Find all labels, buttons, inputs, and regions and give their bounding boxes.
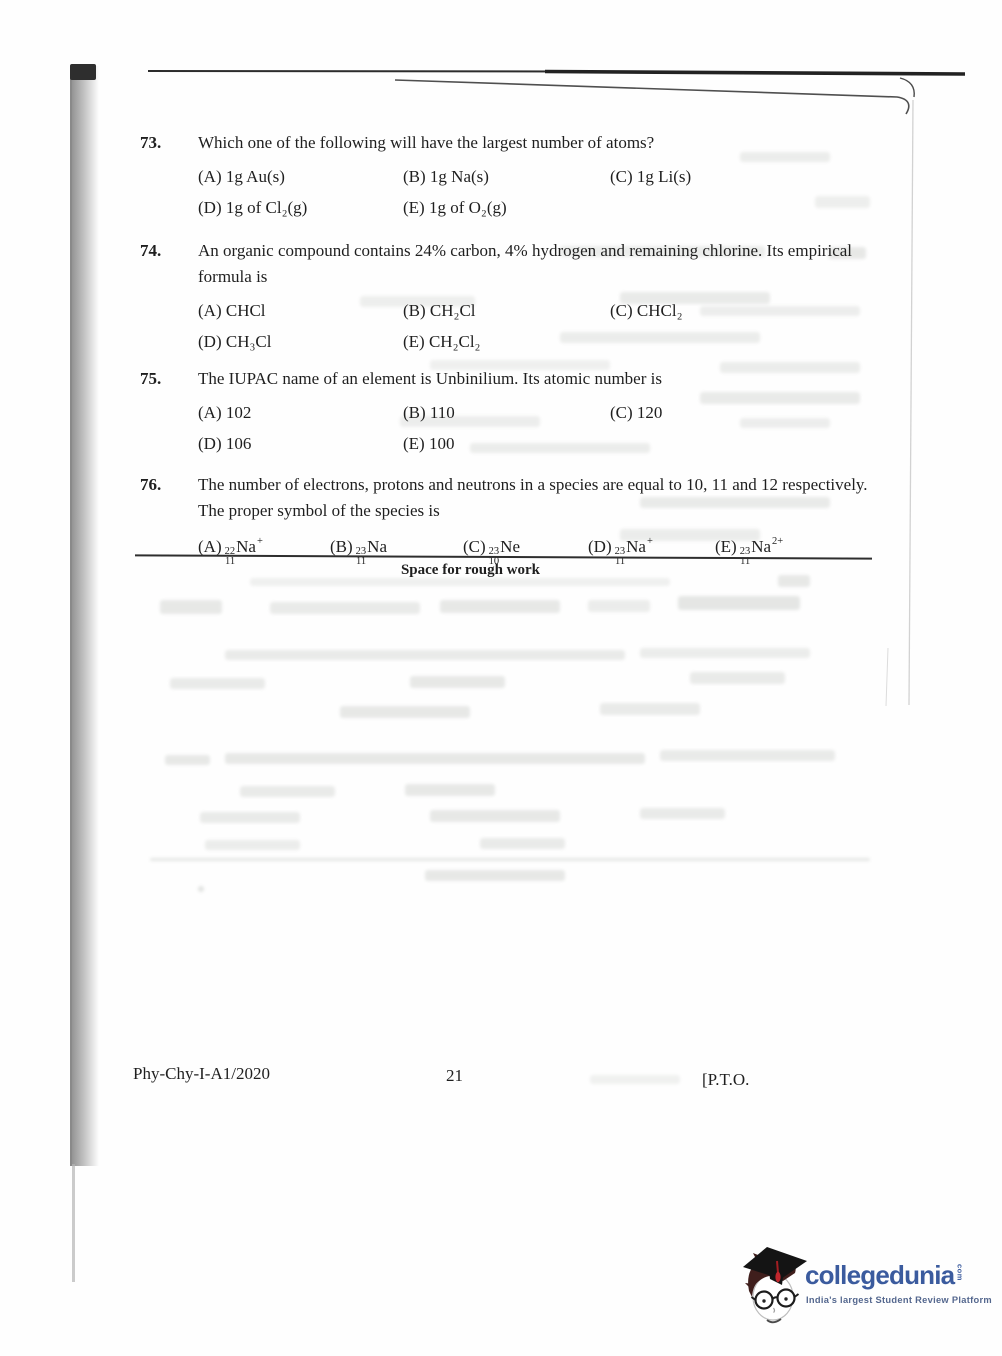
question-option: (A) 1g Au(s): [198, 163, 403, 190]
brand-tagline: India's largest Student Review Platform: [806, 1295, 992, 1305]
page-number: 21: [446, 1066, 463, 1086]
question-option: (D) 106: [198, 430, 403, 457]
ghost-text-smudge: [588, 600, 650, 612]
ghost-text-smudge: [410, 676, 505, 688]
ghost-text-smudge: [480, 838, 565, 849]
ghost-text-smudge: [200, 812, 300, 823]
collegedunia-watermark: collegedunia com India's largest Student…: [735, 1243, 1002, 1343]
pto-label: [P.T.O.: [702, 1070, 749, 1090]
options-grid: (A) CHCl (B) CH₂Cl (C) CHCl₂ (D) CH₃Cl (…: [198, 297, 887, 355]
mascot-icon: [737, 1245, 809, 1333]
question-option: (D)2311Na+: [588, 533, 715, 564]
rough-work-label: Space for rough work: [135, 562, 872, 579]
options-grid: (A) 102 (B) 110 (C) 120 (D) 106 (E) 100: [198, 399, 887, 457]
paper-code: Phy-Chy-I-A1/2020: [133, 1064, 270, 1084]
question-option: (E) 100: [403, 430, 610, 457]
question-option: (A)2211Na+: [198, 533, 330, 564]
question-text: The IUPAC name of an element is Unbinili…: [198, 366, 887, 392]
question-option: (C)2310Ne: [463, 533, 588, 564]
ghost-text-smudge: [165, 755, 210, 765]
ghost-text-smudge: [405, 784, 495, 796]
scanned-exam-page: 73. Which one of the following will have…: [0, 0, 1002, 1356]
ghost-text-smudge: [660, 750, 835, 761]
ghost-text-smudge: [240, 786, 335, 797]
ghost-text-smudge: [690, 672, 785, 684]
scan-shadow-left: [70, 66, 99, 1166]
question-option: (B) 110: [403, 399, 610, 426]
question-option: (C) 120: [610, 399, 887, 426]
options-grid: (A) 1g Au(s) (B) 1g Na(s) (C) 1g Li(s) (…: [198, 163, 887, 221]
question-option: (B) CH₂Cl: [403, 297, 610, 324]
question-75: 75. The IUPAC name of an element is Unbi…: [135, 366, 887, 457]
ghost-text-smudge: [340, 706, 470, 718]
question-text: An organic compound contains 24% carbon,…: [198, 238, 887, 290]
ghost-text-smudge: [170, 678, 265, 689]
brand-tld: com: [955, 1264, 964, 1281]
ghost-text-smudge: [440, 600, 560, 613]
question-number: 75.: [135, 366, 198, 457]
question-text: The number of electrons, protons and neu…: [198, 472, 887, 524]
question-74: 74. An organic compound contains 24% car…: [135, 238, 887, 355]
ghost-text-smudge: [678, 596, 800, 610]
question-option: (A) CHCl: [198, 297, 403, 324]
question-option: (B) 1g Na(s): [403, 163, 610, 190]
question-option: (A) 102: [198, 399, 403, 426]
ghost-text-smudge: [160, 600, 222, 614]
scan-shadow-left-tail: [72, 1164, 75, 1282]
ghost-text-smudge: [640, 648, 810, 658]
question-option: (E) 1g of O₂(g): [403, 194, 610, 221]
scan-shadow-left-top: [70, 64, 96, 80]
ghost-text-smudge: [250, 578, 670, 586]
ghost-text-smudge: [225, 753, 645, 764]
ghost-text-smudge: [600, 703, 700, 715]
question-number: 76.: [135, 472, 198, 564]
ghost-text-smudge: [198, 886, 204, 892]
ghost-text-smudge: [425, 870, 565, 881]
ghost-text-smudge: [640, 808, 725, 819]
question-option: (E) CH₂Cl₂: [403, 328, 610, 355]
question-option: (D) CH₃Cl: [198, 328, 403, 355]
brand-name: collegedunia: [805, 1261, 954, 1289]
ghost-text-smudge: [205, 840, 300, 850]
question-73: 73. Which one of the following will have…: [135, 130, 887, 221]
ghost-text-smudge: [225, 650, 625, 660]
question-option: (C) 1g Li(s): [610, 163, 887, 190]
question-text: Which one of the following will have the…: [198, 130, 887, 156]
question-number: 74.: [135, 238, 198, 355]
question-option: (B)2311Na: [330, 533, 463, 564]
question-76: 76. The number of electrons, protons and…: [135, 472, 887, 564]
question-option: (D) 1g of Cl₂(g): [198, 194, 403, 221]
ghost-text-smudge: [430, 810, 560, 822]
ghost-text-smudge: [270, 602, 420, 614]
ghost-text-smudge: [150, 858, 870, 861]
ghost-text-smudge: [590, 1075, 680, 1084]
question-number: 73.: [135, 130, 198, 221]
question-option: (C) CHCl₂: [610, 297, 887, 324]
